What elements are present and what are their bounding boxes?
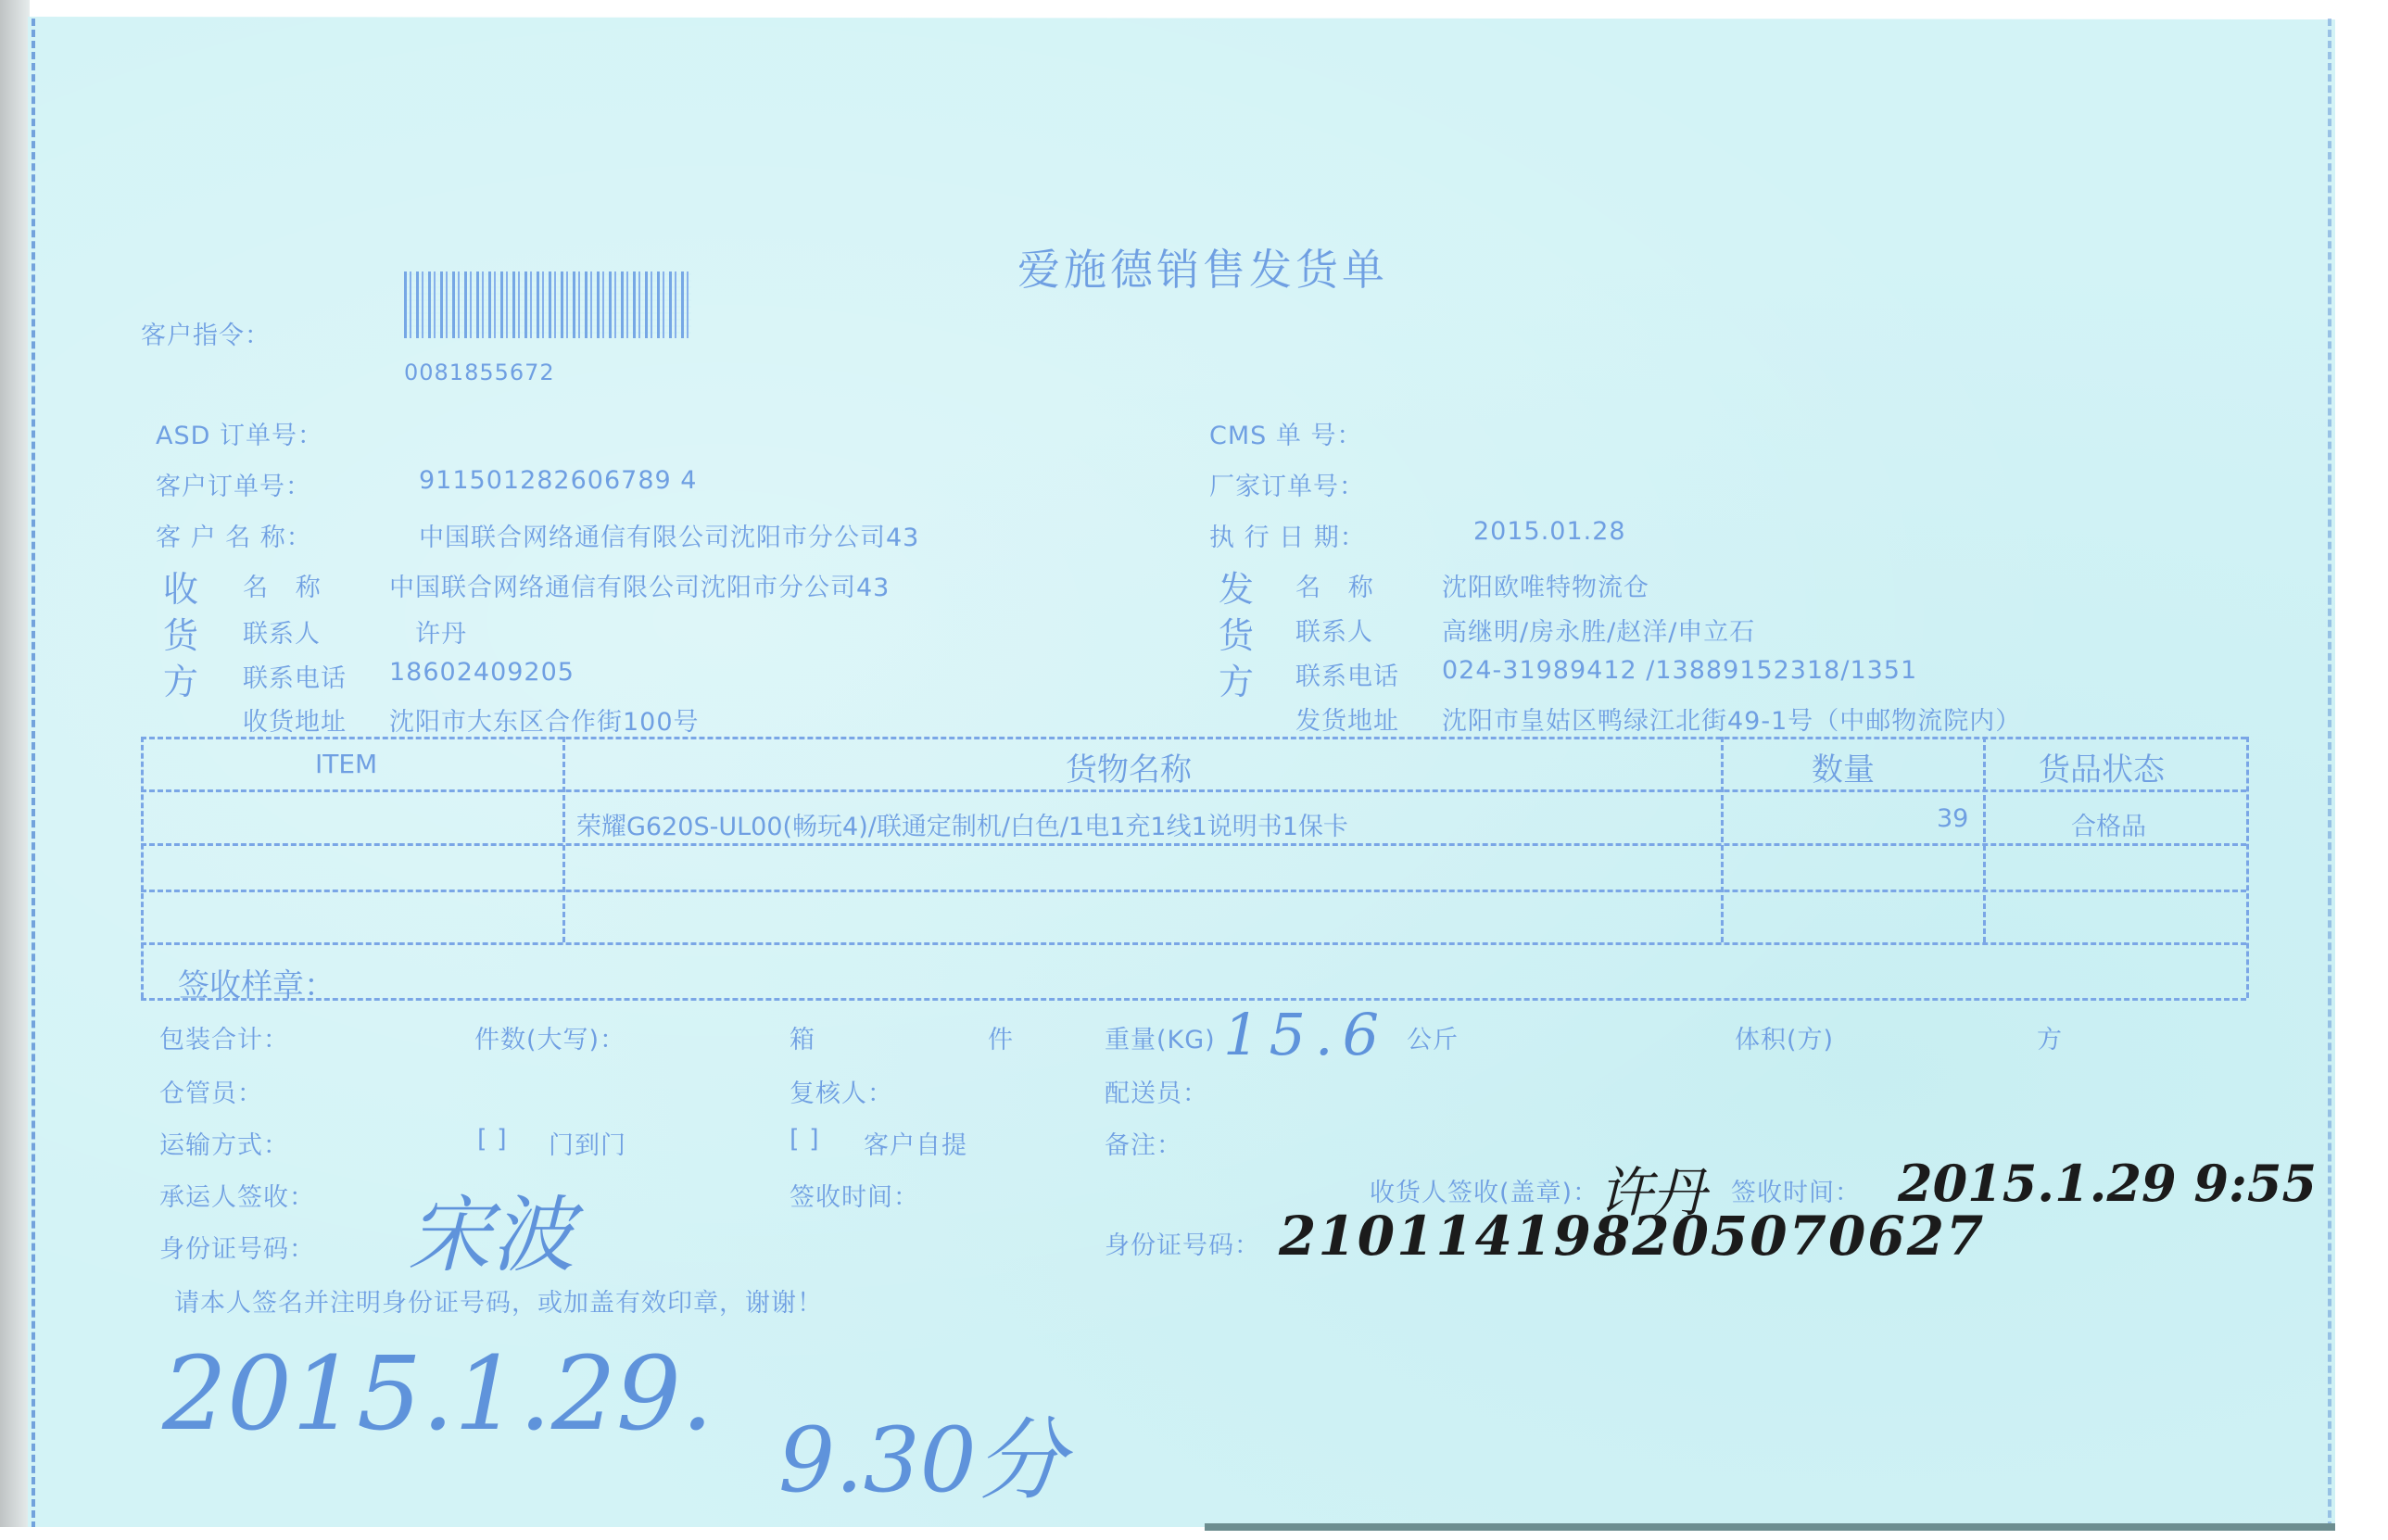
receiver-side-char-2: 货 — [163, 607, 199, 658]
shipper-address-value: 沈阳市皇姑区鸭绿江北街49-1号（中邮物流院内） — [1442, 701, 2021, 737]
shipper-contact-label: 联系人 — [1295, 612, 1373, 648]
asd-order-label: ASD 订单号： — [156, 415, 323, 451]
door-to-door-label: 门到门 — [549, 1125, 626, 1161]
deliverer-label: 配送员： — [1105, 1073, 1208, 1109]
box-unit-label: 箱 — [790, 1019, 815, 1055]
shipper-side-char-1: 发 — [1219, 561, 1255, 612]
consignee-sign-label: 收货人签收(盖章)： — [1370, 1172, 1598, 1208]
exec-date-value: 2015.01.28 — [1473, 517, 1626, 546]
table-border-right — [2246, 737, 2249, 998]
receiver-phone-value: 18602409205 — [389, 658, 575, 687]
table-col-divider — [1983, 737, 1986, 942]
receiver-contact-value: 许丹 — [415, 613, 467, 650]
carrier-signature: 宋波 — [408, 1168, 575, 1288]
weight-label: 重量(KG) — [1105, 1019, 1216, 1055]
factory-order-label: 厂家订单号： — [1209, 466, 1365, 502]
self-pickup-checkbox[interactable]: [ ] — [790, 1125, 820, 1154]
table-row-divider — [141, 890, 2246, 892]
shipper-name-label: 名 称 — [1295, 567, 1374, 603]
reviewer-label: 复核人： — [790, 1073, 893, 1109]
table-cell-goods-name: 荣耀G620S-UL00(畅玩4)/联通定制机/白色/1电1充1线1说明书1保卡 — [576, 806, 1348, 842]
volume-unit-label: 方 — [2037, 1019, 2063, 1055]
id-number-label-right: 身份证号码： — [1105, 1225, 1260, 1261]
weight-value-handwritten: 15.6 — [1223, 1001, 1388, 1068]
table-border-left — [141, 737, 144, 998]
warehouse-keeper-label: 仓管员： — [159, 1073, 263, 1109]
table-col-divider — [562, 737, 565, 942]
perforation-right — [2328, 19, 2331, 1529]
paper-bottom-edge — [1205, 1523, 2335, 1531]
transport-method-label: 运输方式： — [159, 1125, 289, 1161]
table-header-quantity: 数量 — [1812, 744, 1875, 789]
table-col-divider — [1721, 737, 1724, 942]
customer-instruction-label: 客户指令： — [141, 315, 271, 351]
receiver-address-value: 沈阳市大东区合作街100号 — [389, 701, 700, 738]
carrier-sign-label: 承运人签收： — [159, 1177, 315, 1213]
receiver-name-value: 中国联合网络通信有限公司沈阳市分公司43 — [389, 567, 890, 603]
shipper-side-char-3: 方 — [1219, 653, 1255, 704]
table-header-goods-name: 货物名称 — [1066, 744, 1192, 789]
barcode-number: 0081855672 — [404, 360, 555, 385]
table-border-bottom — [141, 998, 2246, 1001]
pieces-label: 件数(大写)： — [474, 1019, 625, 1055]
barcode-icon — [404, 271, 691, 338]
shipper-phone-label: 联系电话 — [1295, 656, 1399, 692]
receiver-phone-label: 联系电话 — [243, 658, 347, 694]
handwritten-date: 2015.1.29. — [162, 1334, 714, 1453]
customer-name-value: 中国联合网络通信有限公司沈阳市分公司43 — [419, 517, 919, 553]
weight-unit-label: 公斤 — [1407, 1019, 1459, 1055]
customer-name-label: 客 户 名 称： — [156, 517, 312, 553]
table-row-divider — [141, 942, 2246, 945]
shipper-phone-value: 024-31989412 /13889152318/1351 — [1442, 656, 1917, 685]
piece-unit-label: 件 — [988, 1019, 1014, 1055]
id-number-value-right: 210114198205070627 — [1279, 1205, 1985, 1268]
table-header-divider — [141, 789, 2246, 792]
table-row-divider — [141, 843, 2246, 846]
table-header-goods-status: 货品状态 — [2039, 744, 2165, 789]
volume-label: 体积(方) — [1735, 1019, 1834, 1055]
sign-time-label: 签收时间： — [790, 1177, 919, 1213]
perforation-left — [32, 19, 35, 1529]
stamp-label: 签收样章： — [178, 960, 335, 1005]
table-header-item: ITEM — [315, 749, 377, 779]
shipper-address-label: 发货地址 — [1295, 701, 1399, 737]
id-number-label-left: 身份证号码： — [159, 1229, 315, 1265]
self-pickup-label: 客户自提 — [864, 1125, 967, 1161]
shipper-name-value: 沈阳欧唯特物流仓 — [1442, 567, 1649, 603]
customer-order-label: 客户订单号： — [156, 466, 311, 502]
receiver-name-label: 名 称 — [243, 567, 322, 603]
package-total-label: 包装合计： — [159, 1019, 289, 1055]
handwritten-time: 9.30分 — [778, 1390, 1066, 1517]
table-cell-goods-status: 合格品 — [2071, 806, 2146, 842]
customer-order-value: 911501282606789 4 — [419, 466, 697, 495]
consignee-sign-time-label: 签收时间： — [1731, 1172, 1861, 1208]
receiver-side-char-1: 收 — [163, 561, 199, 612]
cms-number-label: CMS 单 号： — [1209, 415, 1362, 451]
exec-date-label: 执 行 日 期： — [1209, 517, 1366, 553]
shipper-side-char-2: 货 — [1219, 607, 1255, 658]
document-title: 爱施德销售发货单 — [1017, 236, 1388, 297]
table-border-top — [141, 737, 2246, 739]
receiver-contact-label: 联系人 — [243, 613, 321, 650]
scan-background-left — [0, 0, 30, 1540]
table-cell-quantity: 39 — [1937, 804, 1968, 833]
receiver-address-label: 收货地址 — [243, 701, 347, 738]
notice-text: 请本人签名并注明身份证号码，或加盖有效印章，谢谢！ — [174, 1282, 823, 1319]
shipper-contact-value: 高继明/房永胜/赵洋/申立石 — [1442, 612, 1755, 648]
receiver-side-char-3: 方 — [163, 653, 199, 704]
door-to-door-checkbox[interactable]: [ ] — [477, 1125, 508, 1154]
remark-label: 备注： — [1105, 1125, 1182, 1161]
